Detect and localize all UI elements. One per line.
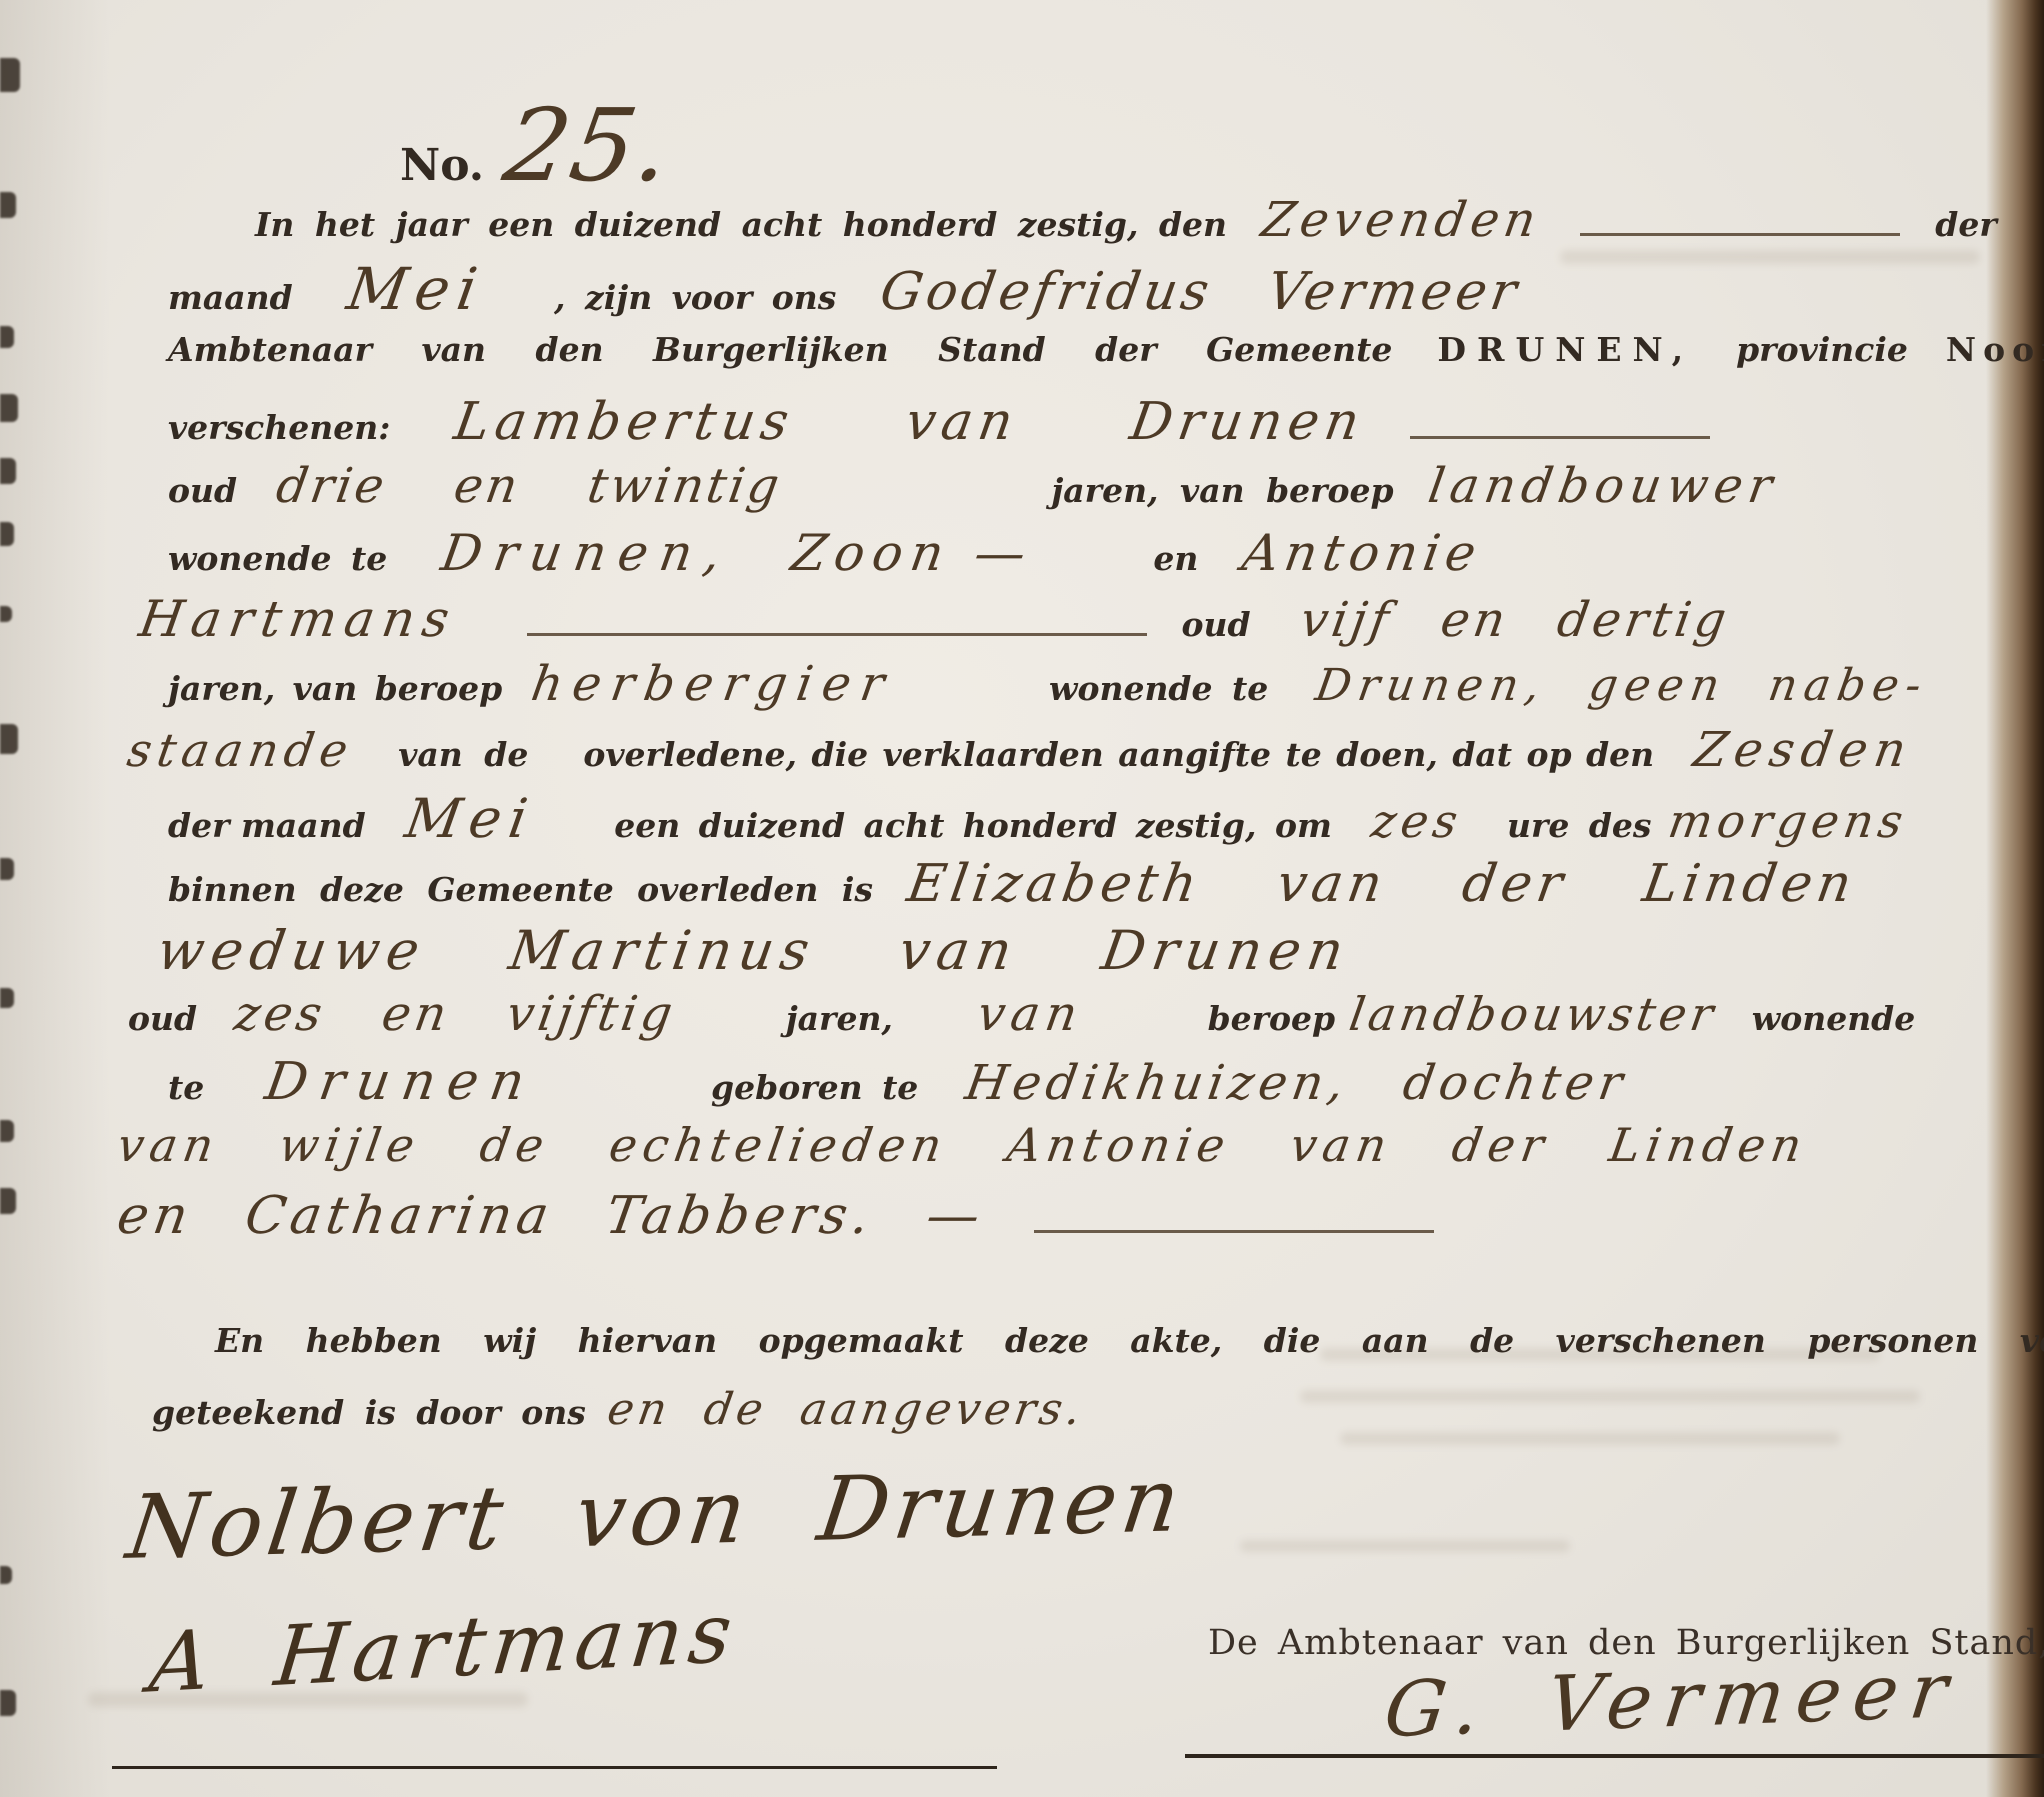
margin-bleed-mark (0, 58, 20, 92)
handwritten-word: van (974, 990, 1086, 1038)
handwritten-deceased-occupation: landbouwster (1346, 991, 1720, 1037)
handwritten-declarant2-name: Antonie (1239, 528, 1485, 578)
printed-text: oud (1182, 607, 1251, 643)
signature-official: G. Vermeer (1384, 1652, 1960, 1748)
act-line-7: Hartmans oud vijf en dertig (140, 594, 1729, 644)
act-line-14: te Drunen geboren te Hedikhuizen, dochte… (168, 1056, 1627, 1108)
printed-text: jaren, (786, 1001, 893, 1037)
margin-bleed-mark (0, 1690, 16, 1716)
handwritten-time-of-day: morgens (1666, 798, 1912, 844)
margin-bleed-mark (0, 1188, 16, 1214)
handwritten-death-hour: zes (1368, 798, 1465, 844)
bottom-rule-left (112, 1766, 997, 1769)
printed-text: van de (398, 737, 528, 773)
printed-text: jaren, van beroep (1051, 473, 1393, 509)
printed-text: verschenen: (168, 410, 390, 446)
printed-text: binnen deze Gemeente overleden is (168, 872, 873, 908)
signature-text: A Hartmans (146, 1592, 741, 1705)
printed-text: , zijn voor ons (554, 280, 836, 316)
act-line-5: oud drie en twintig jaren, van beroep la… (168, 462, 1777, 510)
handwritten-deceased-name: Elizabeth van der Linden (904, 858, 1860, 910)
margin-bleed-mark (0, 522, 14, 546)
death-record-scan: No. 25. In het jaar een duizend acht hon… (0, 0, 2044, 1797)
handwritten-occupation: landbouwer (1425, 462, 1781, 510)
handwritten-declarant2-surname: Hartmans (136, 594, 460, 644)
printed-text: geboren te (711, 1070, 918, 1106)
handwritten-death-day: Zesden (1690, 726, 1916, 774)
bleed-through-text (1560, 250, 1980, 264)
printed-text: ure des (1507, 808, 1652, 844)
signature-text: G. Vermeer (1380, 1652, 1963, 1748)
handwritten-mother-name: en Catharina Tabbers. — (114, 1190, 988, 1242)
handwritten-death-month: Mei (401, 792, 538, 846)
book-binding-edge (1986, 0, 2044, 1797)
blank-rule (1580, 230, 1900, 236)
margin-bleed-mark (0, 988, 14, 1008)
act-line-3: Ambtenaar van den Burgerlijken Stand der… (168, 332, 2044, 368)
handwritten-day: Zevenden (1258, 196, 1544, 244)
printed-text: wonende te (1049, 671, 1268, 707)
printed-text: overledene, die verklaarden aangifte te … (583, 737, 1654, 773)
margin-bleed-mark (0, 1566, 12, 1584)
act-line-11: binnen deze Gemeente overleden is Elizab… (168, 858, 1856, 910)
handwritten-birthplace: Hedikhuizen, dochter (963, 1059, 1631, 1107)
act-line-13: oud zes en vijftig jaren, van beroep lan… (128, 990, 1915, 1038)
left-gutter-shading (0, 0, 110, 1797)
margin-bleed-mark (0, 1120, 14, 1142)
act-number-label: No. (400, 142, 484, 190)
signature-text: Nolbert von Drunen (122, 1456, 1189, 1572)
margin-bleed-mark (0, 458, 16, 484)
bleed-through-text (1240, 1540, 1570, 1552)
margin-bleed-mark (0, 394, 18, 422)
handwritten-signed-by: en de aangevers. (604, 1388, 1087, 1432)
closing-line-2: geteekend is door ons en de aangevers. (152, 1388, 1084, 1432)
handwritten-continuation: staande (124, 727, 357, 773)
handwritten-residence2: Drunen, geen nabe- (1313, 664, 1932, 708)
printed-text: der maand (168, 808, 366, 844)
handwritten-residence: Drunen, (438, 528, 736, 578)
margin-bleed-mark (0, 724, 18, 754)
handwritten-month: Mei (343, 260, 488, 318)
signature-declarant2: A Hartmans (148, 1593, 739, 1706)
printed-text: een duizend acht honderd zestig, om (614, 808, 1332, 844)
handwritten-declarant1-name: Lambertus van Drunen (451, 396, 1369, 448)
act-line-8: jaren, van beroep herbergier wonende te … (168, 660, 1928, 708)
margin-bleed-mark (0, 858, 14, 880)
printed-text: In het jaar een duizend acht honderd zes… (255, 207, 1227, 243)
act-line-2: maand Mei , zijn voor ons Godefridus Ver… (168, 260, 1520, 318)
act-number: No. 25. (400, 96, 671, 196)
act-number-value: 25. (498, 96, 679, 196)
margin-bleed-mark (0, 192, 16, 218)
bleed-through-text (1300, 1390, 1920, 1403)
printed-text: Ambtenaar van den Burgerlijken Stand der… (168, 332, 1392, 368)
printed-text: En hebben wij hiervan opgemaakt deze akt… (215, 1323, 2044, 1359)
printed-text: oud (168, 473, 237, 509)
bleed-through-text (1340, 1432, 1840, 1445)
signature-declarant1: Nolbert von Drunen (127, 1456, 1185, 1572)
printed-text: oud (128, 1001, 197, 1037)
handwritten-widow-of: weduwe Martinus van Drunen (154, 924, 1354, 978)
printed-text: wonende te (168, 541, 387, 577)
blank-rule (527, 630, 1147, 636)
margin-bleed-mark (0, 606, 12, 622)
printed-text: provincie (1736, 332, 1908, 368)
province-name: Noordbrabant, (1946, 332, 2044, 368)
printed-text: maand (168, 280, 293, 316)
act-line-9: staande van de overledene, die verklaard… (128, 726, 1913, 774)
act-line-1: In het jaar een duizend acht honderd zes… (255, 196, 1997, 244)
handwritten-deceased-residence: Drunen (262, 1056, 540, 1108)
handwritten-occupation2: herbergier (528, 660, 897, 708)
act-line-12: weduwe Martinus van Drunen (158, 924, 1350, 978)
bottom-rule-right (1185, 1754, 2044, 1758)
act-line-16: en Catharina Tabbers. — (118, 1190, 1434, 1242)
handwritten-age: drie en twintig (273, 462, 785, 510)
municipality-name: DRUNEN, (1437, 332, 1694, 368)
printed-text: te (168, 1070, 204, 1106)
handwritten-age2: vijf en dertig (1297, 596, 1733, 644)
handwritten-official-name: Godefridus Vermeer (877, 266, 1524, 318)
handwritten-deceased-age: zes en vijftig (231, 990, 679, 1038)
blank-rule (1410, 433, 1710, 439)
act-line-4: verschenen: Lambertus van Drunen (168, 396, 1710, 448)
printed-text: jaren, van beroep (168, 671, 502, 707)
printed-text: der (1935, 207, 1996, 243)
printed-text: beroep (1208, 1001, 1336, 1037)
blank-rule (1034, 1227, 1434, 1233)
printed-text: geteekend is door ons (152, 1395, 586, 1431)
handwritten-relation: Zoon — (788, 528, 1037, 578)
margin-bleed-mark (0, 326, 14, 348)
act-line-6: wonende te Drunen, Zoon — en Antonie (168, 528, 1482, 578)
handwritten-parents: van wijle de echtelieden Antonie van der… (114, 1122, 1810, 1168)
act-line-15: van wijle de echtelieden Antonie van der… (118, 1122, 1807, 1168)
closing-line-1: En hebben wij hiervan opgemaakt deze akt… (215, 1323, 2044, 1359)
act-line-10: der maand Mei een duizend acht honderd z… (168, 792, 1908, 846)
printed-text: wonende (1752, 1001, 1915, 1037)
printed-text: en (1153, 541, 1198, 577)
